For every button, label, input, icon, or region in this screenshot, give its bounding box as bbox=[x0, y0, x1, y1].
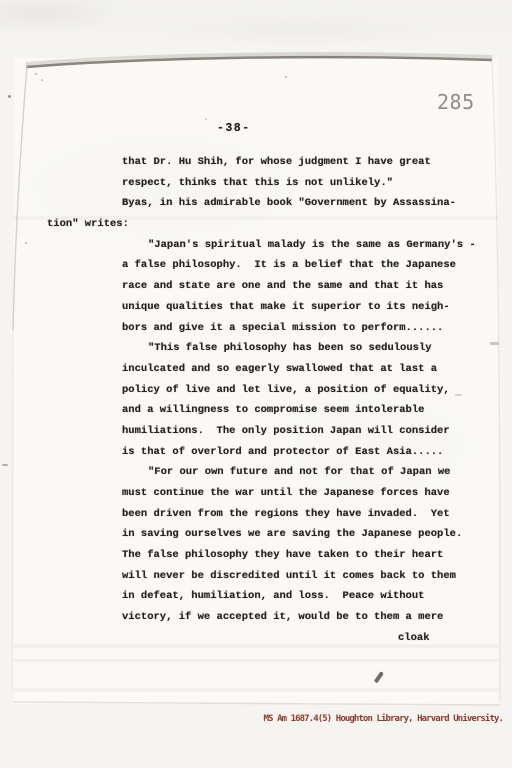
typewritten-text-block: that Dr. Hu Shih, for whose judgment I h… bbox=[122, 152, 492, 649]
text-line: in saving ourselves we are saving the Ja… bbox=[122, 524, 492, 545]
margin-mark bbox=[455, 394, 462, 396]
text-line: victory, if we accepted it, would be to … bbox=[122, 607, 492, 628]
archive-page-number: 285 bbox=[437, 92, 475, 112]
text-line: unique qualities that make it superior t… bbox=[122, 297, 492, 318]
dust-speck bbox=[25, 242, 27, 244]
text-line: humiliations. The only position Japan wi… bbox=[122, 421, 492, 442]
scanner-background bbox=[0, 0, 512, 60]
text-line: "This false philosophy has been so sedul… bbox=[122, 338, 492, 359]
text-line: race and state are one and the same and … bbox=[122, 276, 492, 297]
text-line: inculcated and so eagerly swallowed that… bbox=[122, 359, 492, 380]
text-line: is that of overlord and protector of Eas… bbox=[122, 442, 492, 463]
text-line: that Dr. Hu Shih, for whose judgment I h… bbox=[122, 152, 492, 173]
dust-speck bbox=[41, 79, 43, 81]
text-line: bors and give it a special mission to pe… bbox=[122, 318, 492, 339]
scan-streak bbox=[14, 659, 498, 662]
text-line: a false philosophy. It is a belief that … bbox=[122, 255, 492, 276]
text-line: tion" writes: bbox=[47, 214, 492, 235]
catchword-line: cloak bbox=[122, 628, 492, 649]
typed-page-number: -38- bbox=[217, 122, 251, 136]
text-line: The false philosophy they have taken to … bbox=[122, 545, 492, 566]
text-line: "For our own future and not for that of … bbox=[122, 462, 492, 483]
margin-mark bbox=[2, 464, 8, 466]
dust-speck bbox=[8, 95, 11, 98]
scan-streak bbox=[14, 688, 498, 692]
text-line: been driven from the regions they have i… bbox=[122, 504, 492, 525]
dust-speck bbox=[205, 118, 207, 120]
library-caption: MS Am 1687.4(5) Houghton Library, Harvar… bbox=[264, 713, 503, 726]
text-line: must continue the war until the Japanese… bbox=[122, 483, 492, 504]
text-line: will never be discredited until it comes… bbox=[122, 566, 492, 587]
dust-speck bbox=[285, 76, 287, 78]
text-line: and a willingness to compromise seem int… bbox=[122, 400, 492, 421]
margin-mark bbox=[490, 342, 499, 345]
text-line: policy of live and let live, a position … bbox=[122, 380, 492, 401]
text-line: Byas, in his admirable book "Government … bbox=[122, 193, 492, 214]
text-line: "Japan's spiritual malady is the same as… bbox=[122, 235, 492, 256]
dust-speck bbox=[35, 73, 37, 75]
scanned-document: 285 -38- that Dr. Hu Shih, for whose jud… bbox=[0, 0, 512, 768]
text-line: in defeat, humiliation, and loss. Peace … bbox=[122, 586, 492, 607]
text-line: respect, thinks that this is not unlikel… bbox=[122, 173, 492, 194]
